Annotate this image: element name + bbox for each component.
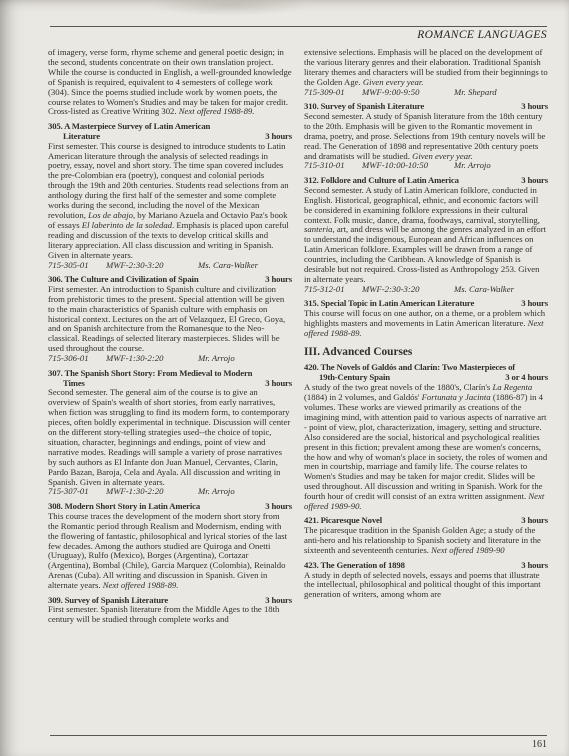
course-paragraph: This course traces the development of th… [48, 512, 292, 591]
italic-text: Next offered 1989-90 [431, 545, 505, 555]
section-heading: III. Advanced Courses [304, 346, 548, 359]
page-footer: 161 [50, 735, 547, 750]
course-instructor: Mr. Arrojo [198, 354, 235, 364]
course-code: 715-309-01 [304, 88, 362, 98]
course-code: 715-306-01 [48, 354, 106, 364]
course-heading-line: 307. The Spanish Short Story: From Medie… [48, 369, 292, 379]
course-instructor: Mr. Arrojo [454, 161, 491, 171]
course-schedule: 715-307-01MWF-1:30-2:20Mr. Arrojo [48, 487, 292, 497]
course-schedule: 715-312-01MWF-2:30-3:20Ms. Cara-Walker [304, 285, 548, 295]
italic-text: Fortunata y Jacinta [422, 392, 491, 402]
course-paragraph: Second semester. A study of Latin Americ… [304, 186, 548, 285]
page-header: ROMANCE LANGUAGES [50, 26, 547, 41]
catalog-page: ROMANCE LANGUAGES of imagery, verse form… [0, 0, 569, 756]
course-time: MWF-2:30-3:20 [106, 261, 198, 271]
course-time: MWF-10:00-10:50 [362, 161, 454, 171]
course-title: 307. The Spanish Short Story: From Medie… [48, 369, 252, 379]
course-code: 715-305-01 [48, 261, 106, 271]
body-text: A study of the two great novels of the 1… [304, 382, 492, 392]
course-time: MWF-1:30-2:20 [106, 487, 198, 497]
course-schedule: 715-309-01MWF-9:00-9:50Mr. Shepard [304, 88, 548, 98]
course-heading: 305. A Masterpiece Survey of Latin Ameri… [48, 122, 292, 142]
course-paragraph: of imagery, verse form, rhyme scheme and… [48, 48, 292, 117]
body-text: First semester. An introduction to Spani… [48, 284, 285, 353]
body-text: Second semester. A study of Latin Americ… [304, 185, 540, 225]
italic-text: La Regenta [492, 382, 532, 392]
italic-text: El laberinto de la soledad [82, 220, 172, 230]
course-paragraph: First semester. This course is designed … [48, 142, 292, 261]
course-time: MWF-2:30-3:20 [362, 285, 454, 295]
body-text: First semester. Spanish literature from … [48, 604, 279, 624]
course-heading: 420. The Novels of Galdós and Clarín: Tw… [304, 363, 548, 383]
course-instructor: Ms. Cara-Walker [454, 285, 514, 295]
course-paragraph: Second semester. The general aim of the … [48, 388, 292, 487]
course-paragraph: First semester. Spanish literature from … [48, 605, 292, 625]
right-column: extensive selections. Emphasis will be p… [304, 48, 548, 716]
italic-text: santeria [304, 224, 332, 234]
course-paragraph: First semester. An introduction to Spani… [48, 285, 292, 354]
course-code: 715-312-01 [304, 285, 362, 295]
course-paragraph: A study of the two great novels of the 1… [304, 383, 548, 512]
body-text: This course traces the development of th… [48, 511, 287, 590]
body-text: A study in depth of selected novels, ess… [304, 570, 541, 600]
body-text: Second semester. The general aim of the … [48, 387, 290, 486]
course-hours: 3 hours [265, 379, 292, 389]
body-text: extensive selections. Emphasis will be p… [304, 48, 548, 87]
page-number: 161 [50, 736, 547, 750]
course-schedule: 715-305-01MWF-2:30-3:20Ms. Cara-Walker [48, 261, 292, 271]
course-paragraph: The picaresque tradition in the Spanish … [304, 526, 548, 556]
body-text: of imagery, verse form, rhyme scheme and… [48, 48, 292, 116]
course-paragraph: A study in depth of selected novels, ess… [304, 571, 548, 601]
course-paragraph: This course will focus on one author, on… [304, 309, 548, 339]
body-text: (1886-87) in 4 volumes. These works are … [304, 392, 547, 501]
page-body: of imagery, verse form, rhyme scheme and… [48, 48, 548, 716]
course-time: MWF-9:00-9:50 [362, 88, 454, 98]
course-time: MWF-1:30-2:20 [106, 354, 198, 364]
scan-artifact [150, 0, 310, 16]
left-column: of imagery, verse form, rhyme scheme and… [48, 48, 292, 716]
body-text: The picaresque tradition in the Spanish … [304, 525, 541, 555]
body-text: First semester. This course is designed … [48, 141, 289, 220]
italic-text: Los de abajo [88, 210, 133, 220]
italic-text: Next offered 1988-89. [103, 580, 179, 590]
course-schedule: 715-306-01MWF-1:30-2:20Mr. Arrojo [48, 354, 292, 364]
page-title: ROMANCE LANGUAGES [50, 27, 547, 41]
body-text: This course will focus on one author, on… [304, 308, 545, 328]
italic-text: Given every year. [363, 77, 424, 87]
italic-text: Next offered 1988-89. [179, 106, 255, 116]
course-instructor: Ms. Cara-Walker [198, 261, 258, 271]
body-text: (1884) in 2 volumes, and Galdós' [304, 392, 422, 402]
body-text: , art, and dress will be among the genre… [304, 224, 546, 284]
course-instructor: Mr. Shepard [454, 88, 497, 98]
course-code: 715-307-01 [48, 487, 106, 497]
course-schedule: 715-310-01MWF-10:00-10:50Mr. Arrojo [304, 161, 548, 171]
course-instructor: Mr. Arrojo [198, 487, 235, 497]
italic-text: Given every year. [412, 151, 473, 161]
course-paragraph: extensive selections. Emphasis will be p… [304, 48, 548, 88]
course-paragraph: Second semester. A study of Spanish lite… [304, 112, 548, 162]
course-heading: 307. The Spanish Short Story: From Medie… [48, 369, 292, 389]
course-code: 715-310-01 [304, 161, 362, 171]
